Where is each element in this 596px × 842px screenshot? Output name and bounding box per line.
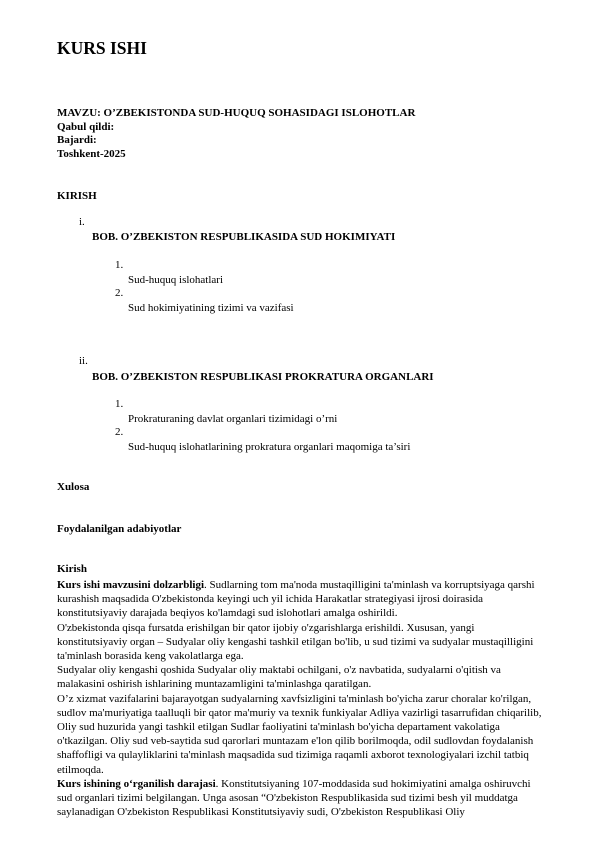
paragraph-text: O’z xizmat vazifalarini bajarayotgan sud… [57,693,541,776]
section-title: Sud-huquq islohatlari [128,274,223,286]
toc-intro: KIRISH [57,190,97,202]
paragraph-lead: Kurs ishining o‘rganilish darajasi [57,778,216,790]
city-year-line: Toshkent-2025 [57,148,126,162]
chapter-title: BOB. O’ZBEKISTON RESPUBLIKASI PROKRATURA… [92,371,434,383]
done-by-line: Bajardi: [57,134,97,148]
section-title: Sud-huquq islohatlarining prokratura org… [128,441,410,453]
chapter-title: BOB. O’ZBEKISTON RESPUBLIKASIDA SUD HOKI… [92,231,395,243]
paragraph: O’z xizmat vazifalarini bajarayotgan sud… [57,692,547,777]
section-marker: 1. [115,398,123,410]
section-marker: 2. [115,426,123,438]
paragraph: Sudyalar oliy kengashi qoshida Sudyalar … [57,663,547,691]
paragraph-text: Sudyalar oliy kengashi qoshida Sudyalar … [57,664,501,690]
accepted-by-line: Qabul qildi: [57,121,114,135]
paragraph-study-level: Kurs ishining o‘rganilish darajasi. Kons… [57,777,547,820]
section-title: Prokraturaning davlat organlari tizimida… [128,413,337,425]
toc-conclusion: Xulosa [57,481,89,493]
chapter-marker: ii. [79,355,88,367]
topic-line: MAVZU: O’ZBEKISTONDA SUD-HUQUQ SOHASIDAG… [57,107,415,121]
paragraph-relevance: Kurs ishi mavzusini dolzarbligi. Sudlarn… [57,578,547,621]
intro-heading: Kirish [57,563,87,575]
intro-body: Kurs ishi mavzusini dolzarbligi. Sudlarn… [57,578,547,819]
section-title: Sud hokimiyatining tizimi va vazifasi [128,302,294,314]
section-marker: 2. [115,287,123,299]
paragraph: O'zbekistonda qisqa fursatda erishilgan … [57,621,547,664]
document-title: KURS ISHI [57,38,147,59]
paragraph-text: O'zbekistonda qisqa fursatda erishilgan … [57,622,533,662]
paragraph-lead: Kurs ishi mavzusini dolzarbligi [57,579,204,591]
chapter-marker: i. [79,216,85,228]
toc-references: Foydalanilgan adabiyotlar [57,523,181,535]
section-marker: 1. [115,259,123,271]
